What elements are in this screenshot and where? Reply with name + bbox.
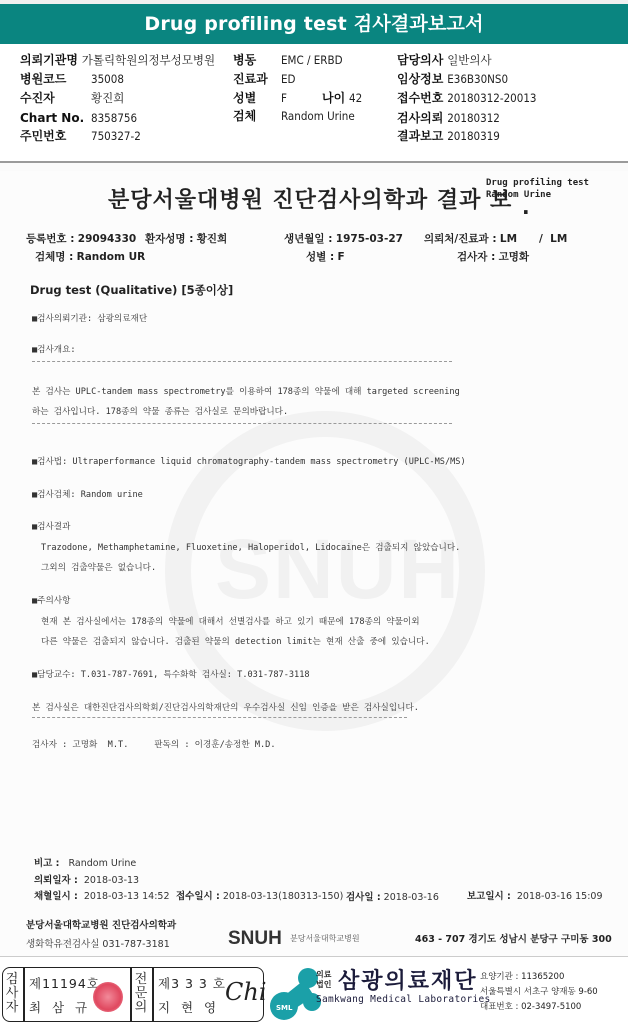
info-resident-no-value: 750327-2	[91, 127, 141, 145]
info-doctor: 담당의사 일반의사	[397, 51, 492, 69]
line-caution-2: 다른 약물은 검출되지 않습니다. 검출된 약물의 detection limi…	[41, 635, 430, 647]
info-chart-no: Chart No.	[20, 109, 84, 127]
info-clinical: 임상정보 E36B30NS0	[397, 70, 508, 88]
line-result-2: 그외의 검출약물은 없습니다.	[41, 561, 156, 573]
patient-name: 환자성명 : 황진희	[145, 231, 227, 246]
info-resident-no: 주민번호	[20, 127, 66, 145]
report-title: 분당서울대병원 진단검사의학과 결과 보	[108, 183, 512, 214]
org-english-name: Samkwang Medical Laboratories	[316, 994, 491, 1005]
dashed-rule	[32, 423, 452, 424]
referring-dept: 의뢰처/진료과 : LM / LM	[424, 231, 567, 246]
specialist-vertical-label: 전 문 의	[132, 973, 150, 1015]
dashed-rule	[32, 717, 407, 718]
handwritten-signature: Chi	[225, 978, 267, 1006]
line-contact: ■담당교수: T.031-787-7691, 특수화학 검사실: T.031-7…	[32, 668, 310, 680]
watermark-text: SNUH	[215, 521, 461, 618]
birth-date: 생년월일 : 1975-03-27	[284, 231, 403, 246]
org-name: 삼광의료재단	[338, 964, 478, 995]
signature-box: 검 사 자 제11194호 최 삼 규 전 문 의 제3 3 3 호 지 현 영…	[2, 967, 264, 1022]
line-overview-2: 하는 검사입니다. 178종의 약물 종류는 검사실로 문의바랍니다.	[32, 405, 288, 417]
org-type: 의료 법인	[316, 970, 331, 990]
org-address: 서울특별시 서초구 양재동 9-60	[480, 985, 598, 997]
tester-license-no: 제11194호	[29, 974, 100, 992]
footer-test-date: 검사일 : 2018-03-16	[346, 889, 439, 903]
footer-dept-name: 분당서울대학교병원 진단검사의학과	[26, 917, 176, 931]
dashed-rule	[32, 361, 452, 362]
footer-request-date: 의뢰일자 : 2018-03-13	[34, 872, 139, 886]
title-period: .	[522, 195, 530, 219]
info-department-value: ED	[281, 70, 296, 88]
reg-no: 등록번호 : 29094330	[26, 231, 136, 246]
line-result-title: ■검사결과	[32, 520, 70, 532]
tester-name: 최 삼 규	[29, 998, 88, 1016]
patient-info-panel: 의뢰기관명 가톨릭학원의정부성모병원 병원코드 35008 수진자 황진희 Ch…	[0, 44, 628, 156]
box-divider	[23, 968, 25, 1021]
box-divider	[152, 968, 154, 1021]
info-request-date: 검사의뢰 20180312	[397, 109, 500, 127]
snuh-logo: SNUH	[228, 928, 282, 950]
org-phone: 대표번호 : 02-3497-5100	[480, 1000, 581, 1012]
line-overview-1: 본 검사는 UPLC-tandem mass spectrometry를 이용하…	[32, 385, 460, 397]
line-institution: ■검사의뢰기관: 삼광의료재단	[32, 312, 147, 324]
specialist-license-no: 제3 3 3 호	[158, 974, 226, 992]
line-caution-title: ■주의사항	[32, 594, 70, 606]
snuh-logo-subtitle: 분당서울대학교병원	[290, 933, 360, 944]
info-ward: 병동	[233, 51, 256, 69]
info-chart-no-value: 8358756	[91, 109, 137, 127]
footer-receipt: 접수일시 : 2018-03-13(180313-150)	[176, 888, 343, 902]
footer-report-time: 보고일시 : 2018-03-16 15:09	[467, 888, 602, 902]
line-method: ■검사법: Ultraperformance liquid chromatogr…	[32, 455, 466, 467]
info-age: 나이 42	[322, 89, 362, 107]
info-sex-value: F	[281, 89, 287, 107]
report-tester: 검사자 : 고명화	[457, 249, 529, 264]
seal-stamp-icon	[93, 982, 123, 1012]
footer-collect: 채혈일시 : 2018-03-13 14:52	[34, 888, 169, 902]
line-overview: ■검사개요:	[32, 343, 76, 355]
footer-address: 463 - 707 경기도 성남시 분당구 구미동 300	[415, 931, 612, 945]
info-patient: 수진자	[20, 89, 55, 107]
line-specimen: ■검사검체: Random urine	[32, 488, 143, 500]
line-certified: 본 검사실은 대한진단검사의학회/진단검사의학재단의 우수검사실 신임 인증을 …	[32, 701, 419, 713]
footer-note: 비고 : Random Urine	[34, 855, 136, 869]
info-sex: 성별	[233, 89, 256, 107]
info-receipt-no: 접수번호 20180312-20013	[397, 89, 537, 107]
specialist-name: 지 현 영	[158, 998, 217, 1016]
tester-vertical-label: 검 사 자	[3, 973, 21, 1015]
specimen-name: 검체명 : Random UR	[35, 249, 145, 264]
info-report-date: 결과보고 20180319	[397, 127, 500, 145]
report-stamp: Drug profiling test Random Urine	[486, 177, 589, 201]
line-caution-1: 현재 본 검사실에서는 178종의 약물에 대해서 선별검사를 하고 있기 때문…	[41, 615, 420, 627]
info-specimen-value: Random Urine	[281, 107, 355, 125]
info-institution: 의뢰기관명 가톨릭학원의정부성모병원	[20, 51, 215, 69]
scanned-report: SNUH 분당서울대병원 진단검사의학과 결과 보 Drug profiling…	[0, 163, 628, 956]
report-sex: 성별 : F	[306, 249, 345, 264]
info-hospital-code-value: 35008	[91, 70, 124, 88]
line-signers: 검사자 : 고명화 M.T. 판독의 : 이경훈/송정한 M.D.	[32, 738, 276, 750]
line-result-1: Trazodone, Methamphetamine, Fluoxetine, …	[41, 541, 460, 553]
test-section-title: Drug test (Qualitative) [5종이상]	[30, 282, 233, 298]
info-department: 진료과	[233, 70, 268, 88]
report-banner: Drug profiling test 검사결과보고서	[0, 4, 628, 44]
info-specimen: 검체	[233, 107, 256, 125]
svg-text:SML: SML	[276, 1004, 293, 1012]
info-hospital-code: 병원코드	[20, 70, 66, 88]
info-ward-value: EMC / ERBD	[281, 51, 343, 69]
footer-lab-phone: 생화학유전검사실 031-787-3181	[26, 936, 170, 950]
info-patient-value: 황진희	[91, 89, 124, 107]
report-page: SNUH 분당서울대병원 진단검사의학과 결과 보 Drug profiling…	[0, 171, 628, 956]
org-code: 요양기관 : 11365200	[480, 970, 564, 982]
